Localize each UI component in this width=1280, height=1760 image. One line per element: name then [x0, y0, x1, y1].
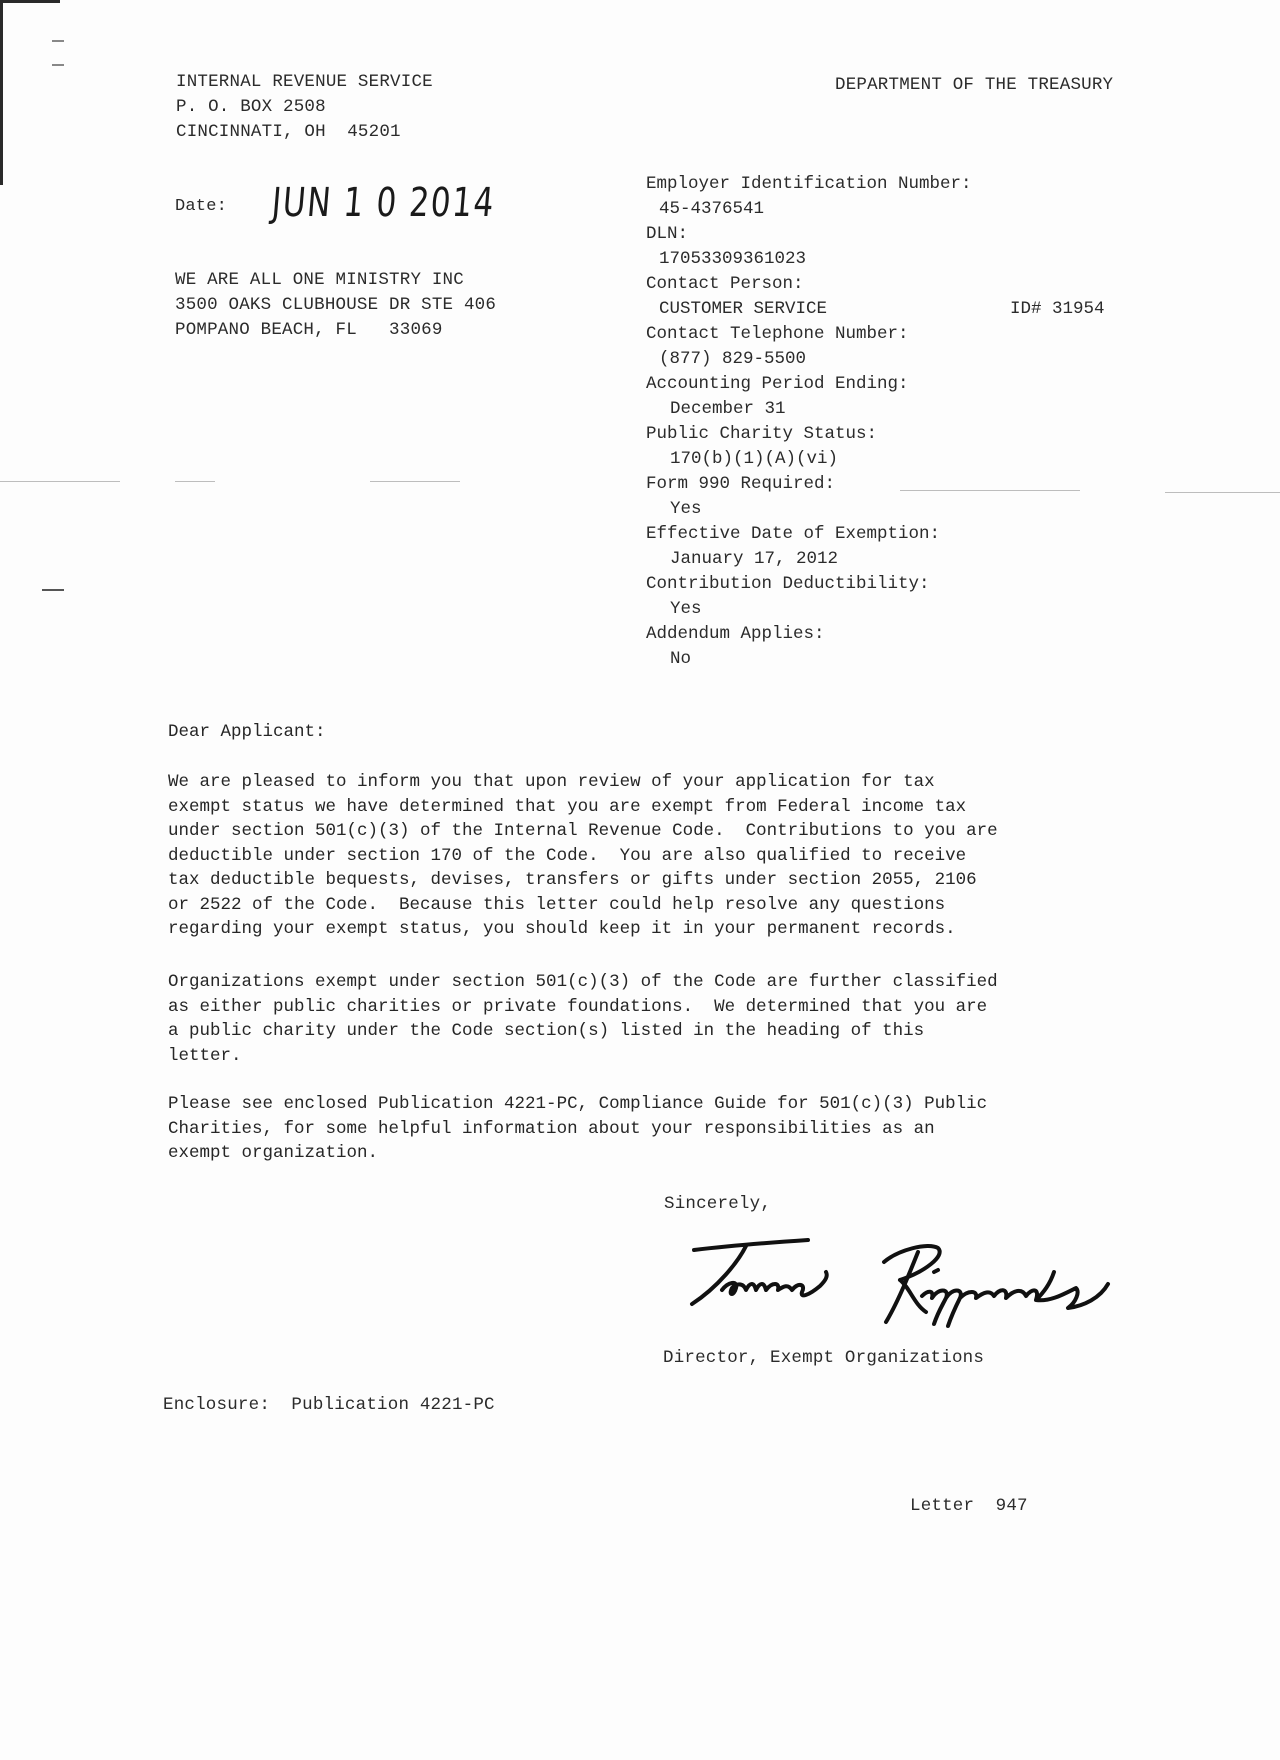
effective-date-label: Effective Date of Exemption: — [646, 522, 1146, 547]
signer-title: Director, Exempt Organizations — [663, 1346, 984, 1371]
sender-po-box: P. O. BOX 2508 — [176, 95, 433, 120]
dln-label: DLN: — [646, 222, 1146, 247]
sender-city-state-zip: CINCINNATI, OH 45201 — [176, 120, 433, 145]
deductibility-value: Yes — [646, 597, 1146, 622]
scan-fold-line — [1165, 492, 1280, 493]
recipient-name: WE ARE ALL ONE MINISTRY INC — [175, 268, 496, 293]
deductibility-label: Contribution Deductibility: — [646, 572, 1146, 597]
form-990-label: Form 990 Required: — [646, 472, 1146, 497]
ein-label: Employer Identification Number: — [646, 172, 1146, 197]
salutation: Dear Applicant: — [168, 720, 326, 745]
dln-value: 17053309361023 — [646, 247, 1146, 272]
determination-info-block: Employer Identification Number: 45-43765… — [646, 172, 1146, 672]
public-charity-status-value: 170(b)(1)(A)(vi) — [646, 447, 1146, 472]
date-label: Date: — [175, 194, 227, 219]
scan-mark — [52, 40, 64, 42]
closing: Sincerely, — [664, 1192, 771, 1217]
paragraph-publication: Please see enclosed Publication 4221-PC,… — [168, 1092, 987, 1166]
date-stamp: JUN 1 0 2014 — [270, 180, 497, 226]
enclosure-note: Enclosure: Publication 4221-PC — [163, 1393, 495, 1418]
addendum-value: No — [646, 647, 1146, 672]
department-heading: DEPARTMENT OF THE TREASURY — [835, 73, 1113, 98]
recipient-address: WE ARE ALL ONE MINISTRY INC3500 OAKS CLU… — [175, 268, 496, 343]
letter-number: Letter 947 — [910, 1494, 1028, 1519]
signature-image — [688, 1232, 1118, 1342]
sender-address: INTERNAL REVENUE SERVICEP. O. BOX 2508CI… — [176, 70, 433, 145]
contact-person-value: CUSTOMER SERVICE — [659, 299, 827, 319]
scan-fold-line — [175, 481, 215, 482]
paragraph-classification: Organizations exempt under section 501(c… — [168, 970, 998, 1068]
phone-value: (877) 829-5500 — [646, 347, 1146, 372]
addendum-label: Addendum Applies: — [646, 622, 1146, 647]
public-charity-status-label: Public Charity Status: — [646, 422, 1146, 447]
paragraph-exemption: We are pleased to inform you that upon r… — [168, 770, 998, 942]
phone-label: Contact Telephone Number: — [646, 322, 1146, 347]
form-990-value: Yes — [646, 497, 1146, 522]
irs-determination-letter-page: INTERNAL REVENUE SERVICEP. O. BOX 2508CI… — [0, 0, 1280, 1760]
recipient-street: 3500 OAKS CLUBHOUSE DR STE 406 — [175, 293, 496, 318]
contact-person-label: Contact Person: — [646, 272, 1146, 297]
scan-edge-left — [0, 0, 3, 185]
contact-id: ID# 31954 — [1010, 297, 1105, 322]
scan-edge-top — [0, 0, 60, 3]
accounting-period-value: December 31 — [646, 397, 1146, 422]
contact-person-row: CUSTOMER SERVICEID# 31954 — [646, 297, 1146, 322]
accounting-period-label: Accounting Period Ending: — [646, 372, 1146, 397]
scan-mark — [52, 64, 64, 66]
effective-date-value: January 17, 2012 — [646, 547, 1146, 572]
scan-fold-line — [0, 481, 120, 482]
scan-mark — [42, 589, 64, 591]
scan-fold-line — [370, 481, 460, 482]
recipient-city-state-zip: POMPANO BEACH, FL 33069 — [175, 318, 496, 343]
ein-value: 45-4376541 — [646, 197, 1146, 222]
sender-agency: INTERNAL REVENUE SERVICE — [176, 70, 433, 95]
